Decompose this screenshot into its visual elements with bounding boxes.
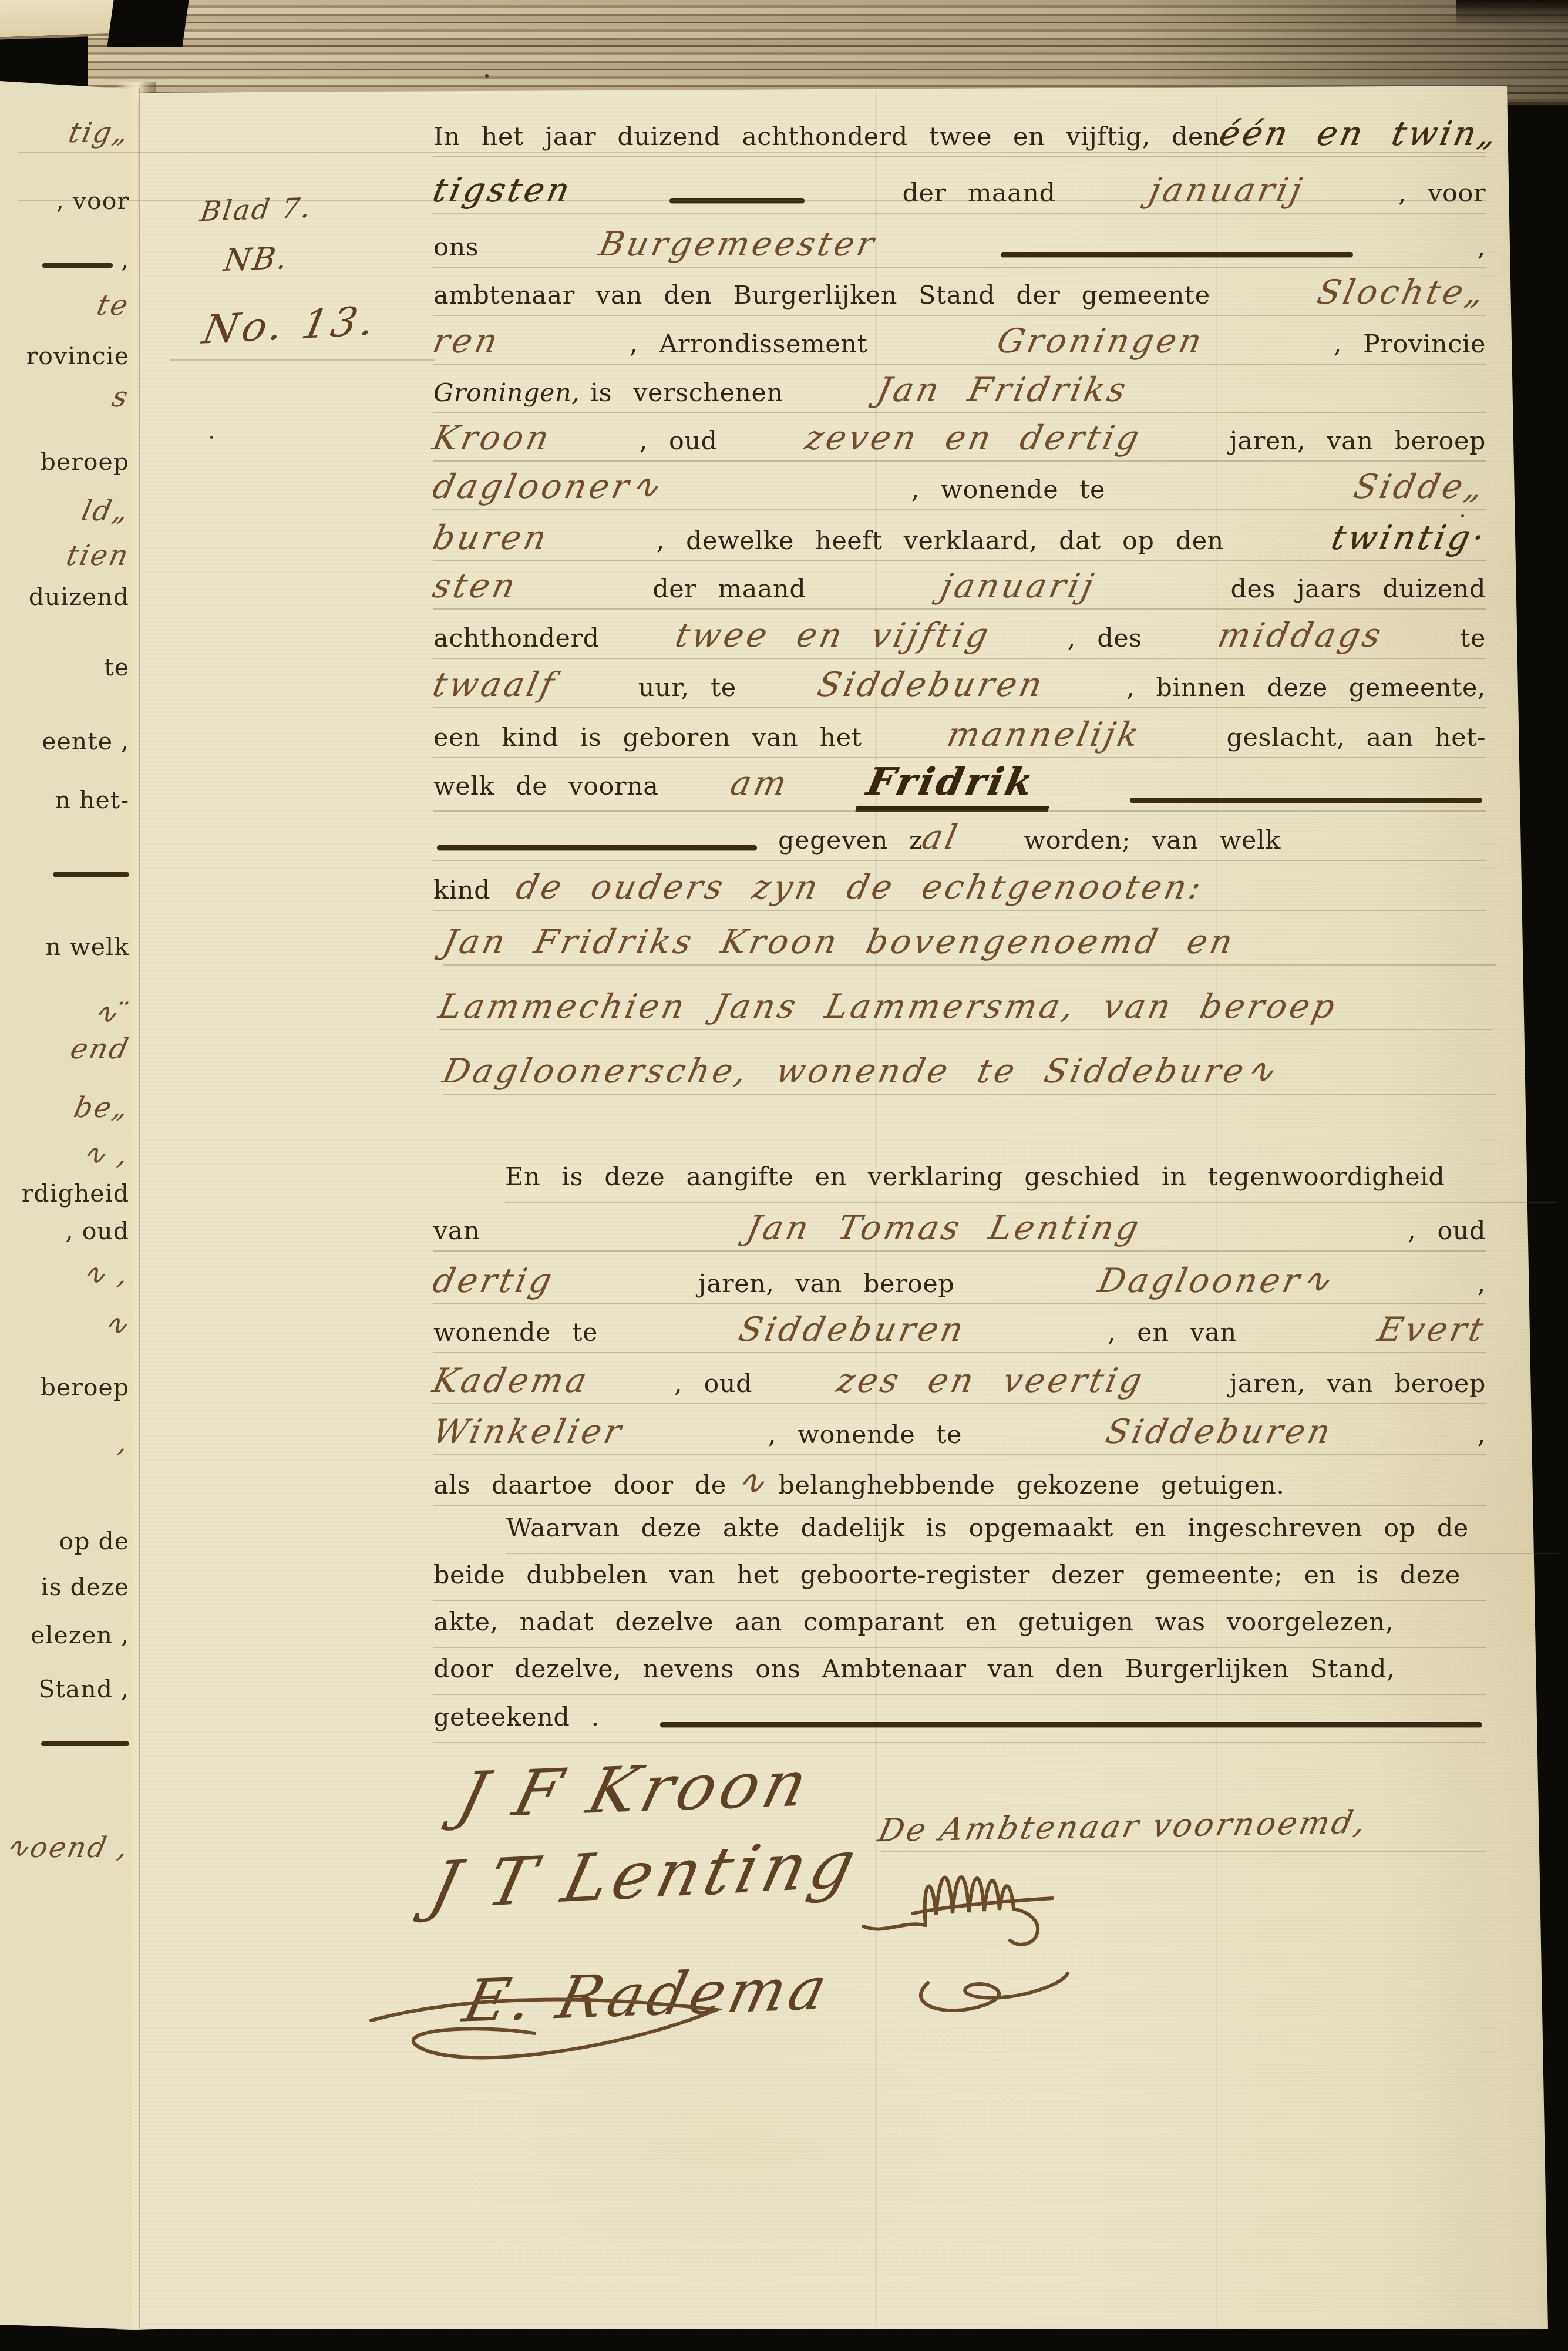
printed-form-text: wonende te	[433, 1314, 598, 1351]
printed-form-text: , binnen deze gemeente,	[1126, 669, 1486, 707]
spacer	[768, 1493, 779, 1494]
handwritten-entry: Burgemeester	[595, 223, 880, 265]
form-ruling-line	[433, 267, 1486, 268]
handwritten-name-underlined: Fridrik	[856, 759, 1060, 812]
form-ruling-line	[433, 1303, 1486, 1304]
printed-form-text: Waarvan deze akte dadelijk is opgemaakt …	[506, 1509, 1469, 1547]
form-ruling-line	[433, 1403, 1486, 1404]
handwritten-entry: Siddeburen	[1102, 1411, 1337, 1453]
form-ruling-line	[433, 460, 1486, 462]
printed-form-text: worden; van welk	[1024, 822, 1280, 859]
printed-form-text: akte, nadat dezelve aan comparant en get…	[433, 1603, 1394, 1641]
printed-form-text: der maand	[652, 570, 806, 608]
handwritten-entry: januarij	[937, 565, 1100, 607]
form-ruling-line	[443, 1094, 1496, 1095]
printed-form-text: , wonende te	[768, 1416, 962, 1454]
ink-speck	[485, 74, 489, 78]
facing-page-line-ending: duizend	[29, 583, 129, 611]
form-ruling-line	[433, 509, 1486, 510]
printed-form-text: belanghebbende gekozene getuigen.	[779, 1467, 1285, 1504]
printed-form-text: der maand	[903, 174, 1056, 212]
facing-page-line-ending: ∿ ̈	[93, 997, 129, 1030]
printed-form-text: , dewelke heeft verklaard, dat op den	[657, 522, 1224, 560]
form-line: achthonderdtwee en vijftig, desmiddagste	[433, 614, 1486, 657]
form-ruling-line	[433, 364, 1486, 365]
printed-form-text: is deze	[41, 1573, 129, 1601]
form-line: wonende teSiddeburen, en vanEvert	[433, 1309, 1486, 1351]
printed-form-text: , des	[1068, 620, 1142, 657]
spacer	[959, 848, 1024, 849]
printed-form-text: ,	[1478, 1416, 1486, 1454]
printed-form-text: een kind is geboren van het	[433, 719, 862, 756]
form-line: een kind is geboren van hetmannelijkgesl…	[433, 714, 1486, 756]
form-ruling-line	[439, 1029, 1492, 1030]
form-line: stender maandjanuarijdes jaars duizend	[433, 565, 1486, 608]
facing-page-line-ending: ld„	[82, 495, 129, 527]
facing-page-line-ending: Stand ,	[38, 1675, 129, 1703]
printed-form-text: ons	[433, 228, 479, 266]
handwritten-entry: buren	[429, 517, 553, 559]
form-line: akte, nadat dezelve aan comparant en get…	[433, 1603, 1394, 1641]
form-line: gegeven zalworden; van welk	[433, 816, 1281, 859]
facing-page-line-ending: tien	[67, 539, 129, 572]
form-line: door dezelve, nevens ons Ambtenaar van d…	[433, 1650, 1395, 1688]
form-line: buren, dewelke heeft verklaard, dat op d…	[433, 517, 1486, 560]
facing-page-line-ending: n het-	[55, 786, 129, 814]
form-ruling-line	[433, 810, 1486, 812]
form-line: Winkelier, wonende teSiddeburen,	[433, 1411, 1486, 1454]
stack-shadow	[1456, 0, 1568, 27]
spacer	[761, 848, 778, 849]
margin-note-nb: NB.	[221, 241, 291, 278]
printed-form-text: beroep	[41, 448, 129, 476]
form-ruling-line	[433, 658, 1486, 659]
facing-page-line-ending: ∿oend ,	[5, 1831, 129, 1864]
form-ruling-line	[433, 315, 1486, 316]
handwritten-entry: ∿	[732, 1461, 772, 1504]
printed-form-text: des jaars duizend	[1231, 570, 1486, 608]
printed-form-text: , voor	[1398, 174, 1486, 212]
printed-form-text: uur, te	[638, 669, 736, 707]
form-ruling-line	[433, 156, 1486, 157]
form-ruling-line	[433, 910, 1486, 911]
printed-form-text: duizend	[29, 583, 129, 611]
printed-form-text: beide dubbelen van het geboorte-register…	[433, 1556, 1461, 1594]
form-ruling-line	[18, 152, 1486, 153]
printed-form-text: welk de voorna	[433, 768, 658, 805]
facing-page-line-ending: be„	[75, 1091, 129, 1124]
handwritten-entry: ren	[429, 320, 504, 362]
handwritten-entry: twintig·	[1327, 517, 1490, 559]
handwritten-entry: Slochte„	[1313, 271, 1490, 314]
handwritten-entry: twaalf	[429, 664, 560, 706]
facing-page-line-ending: elezen ,	[31, 1621, 129, 1649]
handwritten-entry: Groningen	[993, 320, 1208, 362]
facing-page-line-ending: ∿ ,	[82, 1138, 129, 1171]
printed-form-text: geteekend .	[433, 1698, 600, 1736]
printed-form-text: Stand ,	[38, 1675, 129, 1703]
printed-form-text: eente ,	[42, 727, 129, 755]
printed-form-text: , voor	[56, 187, 129, 215]
printed-form-text: jaren, van beroep	[1230, 1365, 1486, 1402]
form-line: Kroon, oudzeven en dertigjaren, van bero…	[433, 417, 1486, 460]
printed-form-text: , Provincie	[1334, 325, 1486, 363]
handwritten-entry: Sidde„	[1350, 466, 1490, 508]
facing-page-line-ending: eente ,	[42, 727, 129, 755]
handwritten-entry: Siddeburen	[735, 1309, 970, 1351]
official-signature	[859, 1832, 1082, 2020]
form-line: Waarvan deze akte dadelijk is opgemaakt …	[506, 1509, 1469, 1547]
printed-form-text: , oud	[640, 422, 718, 460]
handwritten-entry: zeven en dertig	[801, 417, 1145, 459]
handwritten-entry: ld„	[79, 495, 133, 527]
form-line: Kadema, oudzes en veertigjaren, van bero…	[433, 1360, 1486, 1402]
handwritten-entry: ∿ ,	[79, 1258, 133, 1291]
facing-page-line-ending: beroep	[41, 448, 129, 476]
facing-page-line-ending: op de	[59, 1527, 129, 1555]
handwritten-entry: Dagloonersche, wonende te Siddebure∿	[439, 1050, 1281, 1092]
printed-form-text: als daartoe door de	[433, 1467, 726, 1504]
form-line: als daartoe door de∿belanghebbende gekoz…	[433, 1461, 1284, 1504]
handwritten-entry: dertig	[429, 1260, 558, 1302]
facing-page-line-ending	[53, 868, 129, 879]
facing-page-line-ending: te	[97, 289, 129, 322]
printed-form-text: jaren, van beroep	[698, 1265, 954, 1303]
handwritten-entry: middags	[1214, 614, 1388, 657]
ink-rule	[437, 845, 757, 850]
printed-form-text: ,	[1478, 228, 1486, 266]
form-ruling-line	[433, 1352, 1486, 1353]
handwritten-entry: sten	[429, 565, 521, 607]
handwritten-entry: daglooner∿	[429, 466, 667, 508]
facing-page-line-ending: is deze	[41, 1573, 129, 1601]
handwritten-entry: ∿ ̈	[90, 997, 133, 1030]
handwritten-entry: Kadema	[429, 1360, 593, 1402]
facing-page-line-ending: , oud	[66, 1217, 129, 1245]
form-line: geteekend .	[433, 1698, 1486, 1736]
form-line: vanJan Tomas Lenting, oud	[433, 1207, 1486, 1250]
printed-form-text: jaren, van beroep	[1230, 422, 1486, 460]
form-ruling-line	[433, 707, 1486, 708]
facing-page-line-ending: ∿ ,	[82, 1258, 129, 1291]
printed-form-text: n het-	[55, 786, 129, 814]
margin-note-act-number: No. 13.	[199, 298, 382, 353]
page-left-edge	[139, 88, 140, 2329]
printed-form-text: , wonende te	[911, 471, 1105, 509]
facing-page-line-ending: ,	[42, 245, 129, 274]
spacer	[783, 401, 877, 401]
handwritten-entry: tigsten	[429, 169, 576, 211]
facing-page-line-ending: beroep	[41, 1373, 129, 1401]
facing-page-line-ending: n welk	[45, 933, 129, 961]
printed-form-text: elezen ,	[31, 1621, 129, 1649]
handwritten-entry: am	[726, 762, 793, 805]
form-line: Jan Fridriks Kroon bovengenoemd en	[443, 921, 1234, 963]
facing-page-line-ending: s	[113, 381, 129, 413]
handwritten-entry: al	[918, 816, 964, 859]
handwritten-entry: tien	[63, 539, 133, 572]
handwritten-entry: Winkelier	[429, 1411, 628, 1453]
form-ruling-line	[433, 1600, 1486, 1601]
printed-form-text: , en van	[1108, 1314, 1237, 1351]
printed-form-text: rovincie	[26, 342, 129, 370]
handwritten-entry: be„	[71, 1091, 133, 1124]
binding-notch	[107, 0, 189, 47]
form-ruling-line	[433, 608, 1486, 610]
page-corner-wedge	[0, 0, 122, 40]
form-line: ren, ArrondissementGroningen, Provincie	[433, 320, 1486, 363]
ink-rule	[42, 263, 113, 268]
form-ruling-line	[506, 1553, 1559, 1554]
handwritten-entry: twee en vijftig	[672, 614, 995, 657]
form-ruling-line	[433, 1742, 1486, 1743]
printed-form-text: En is deze aangifte en verklaring geschi…	[505, 1158, 1445, 1196]
printed-form-text: , oud	[674, 1365, 752, 1402]
form-ruling-line	[433, 412, 1486, 413]
form-line: onsBurgemeester,	[433, 223, 1486, 266]
form-ruling-line	[18, 200, 1486, 201]
handwritten-entry: tig„	[66, 116, 133, 149]
printed-form-text: geslacht, aan het-	[1227, 719, 1486, 756]
facing-page-line-ending: , voor	[56, 187, 129, 215]
printed-form-text: , oud	[1408, 1212, 1486, 1250]
printed-form-text: beroep	[41, 1373, 129, 1401]
facing-page-line-ending: rovincie	[26, 342, 129, 370]
printed-form-text: kind	[433, 872, 490, 909]
handwritten-entry: Evert	[1374, 1309, 1490, 1351]
facing-page-line-ending	[41, 1737, 129, 1748]
scanned-register-page: Blad 7. NB. No. 13. tig„, voor ,terovinc…	[0, 0, 1568, 2351]
printed-form-text: , Arrondissement	[630, 325, 867, 363]
form-ruling-line	[433, 860, 1486, 861]
form-ruling-line	[433, 757, 1486, 758]
handwritten-entry: Jan Fridriks	[873, 369, 1132, 411]
form-line: daglooner∿, wonende teSidde„	[433, 466, 1486, 509]
facing-page-line-ending: ∿	[104, 1309, 129, 1341]
ink-rule	[660, 1722, 1482, 1727]
form-ruling-line	[170, 359, 435, 361]
printed-form-text: door dezelve, nevens ons Ambtenaar van d…	[433, 1650, 1395, 1688]
form-ruling-line	[433, 1454, 1486, 1455]
form-line: dertigjaren, van beroepDaglooner∿,	[433, 1260, 1486, 1303]
printed-form-text: te	[1460, 620, 1486, 657]
form-line: kindde ouders zyn de echtgenooten:	[433, 866, 1203, 909]
form-ruling-line	[433, 1505, 1486, 1506]
form-line: En is deze aangifte en verklaring geschi…	[505, 1158, 1445, 1196]
handwritten-entry: één en twin„	[1216, 113, 1503, 155]
printed-form-text: achthonderd	[433, 620, 600, 657]
form-ruling-line	[443, 964, 1496, 966]
ink-rule	[1001, 252, 1353, 257]
printed-form-text: van	[433, 1212, 480, 1250]
handwritten-entry: te	[94, 289, 133, 322]
spacer	[580, 401, 590, 401]
ink-rule	[1130, 798, 1482, 803]
handwritten-entry: januarij	[1145, 169, 1308, 211]
signature-jf-kroon: J F Kroon	[450, 1747, 819, 1833]
printed-form-text: gegeven z	[778, 822, 923, 859]
handwritten-entry: ∿ ,	[79, 1138, 133, 1171]
printed-form-text: In het jaar duizend achthonderd twee en …	[433, 118, 1220, 156]
facing-page-line-ending: tig„	[69, 116, 129, 149]
form-ruling-line	[505, 1202, 1557, 1203]
handwritten-entry: Jan Fridriks Kroon bovengenoemd en	[439, 921, 1239, 963]
facing-page-line-ending: end	[71, 1032, 129, 1065]
form-line: Dagloonersche, wonende te Siddebure∿	[443, 1050, 1277, 1092]
margin-note-blad: Blad 7.	[198, 192, 314, 228]
handwritten-entry: Daglooner∿	[1095, 1260, 1338, 1302]
printed-form-text: ambtenaar van den Burgerlijken Stand der…	[433, 277, 1210, 314]
printed-form-text: te	[104, 653, 129, 681]
form-line: ambtenaar van den Burgerlijken Stand der…	[433, 271, 1486, 314]
form-ruling-line	[433, 213, 1486, 214]
handwritten-entry: ∿	[100, 1309, 133, 1341]
printed-form-text: ,	[1478, 1265, 1486, 1303]
radema-signature-flourish	[364, 1997, 775, 2097]
handwritten-entry: ∿oend ,	[2, 1831, 133, 1864]
handwritten-entry: end	[68, 1032, 133, 1065]
handwritten-entry: Lammechien Jans Lammersma, van beroep	[435, 986, 1341, 1028]
facing-page-line-ending: rdigheid	[22, 1179, 129, 1208]
handwritten-entry: Jan Tomas Lenting	[742, 1207, 1145, 1249]
form-line: twaalfuur, teSiddeburen, binnen deze gem…	[433, 664, 1486, 707]
facing-page-line-ending: ,	[119, 1426, 129, 1459]
handwritten-entry: Siddeburen	[814, 664, 1049, 706]
printed-form-text: n welk	[45, 933, 129, 961]
form-line: tigstender maandjanuarij, voor	[433, 169, 1486, 212]
form-ruling-line	[433, 560, 1486, 561]
printed-form-text: Groningen,	[433, 374, 580, 412]
ink-rule	[53, 872, 129, 877]
printed-form-text: op de	[59, 1527, 129, 1555]
form-line: welk de voornaamFridrik	[433, 759, 1486, 812]
form-ruling-line	[433, 1250, 1486, 1252]
form-ruling-line	[433, 1694, 1486, 1695]
printed-form-text: , oud	[66, 1217, 129, 1245]
ink-speck	[210, 436, 213, 439]
form-line: In het jaar duizend achthonderd twee en …	[433, 113, 1486, 156]
printed-form-text: ,	[113, 245, 129, 274]
form-line: beide dubbelen van het geboorte-register…	[433, 1556, 1461, 1594]
printed-form-text: is verschenen	[590, 374, 783, 412]
form-ruling-line	[433, 1647, 1486, 1648]
handwritten-entry: mannelijk	[943, 714, 1145, 756]
printed-form-text: rdigheid	[22, 1179, 129, 1208]
form-line: Groningen,is verschenenJan Fridriks	[433, 369, 1128, 412]
form-line: Lammechien Jans Lammersma, van beroep	[439, 986, 1337, 1028]
spacer	[490, 898, 517, 899]
handwritten-entry: de ouders zyn de echtgenooten:	[512, 866, 1207, 909]
handwritten-entry: Kroon	[429, 417, 555, 459]
handwritten-entry: zes en veertig	[833, 1360, 1149, 1402]
ink-rule	[41, 1741, 129, 1746]
facing-page-line-ending: te	[104, 653, 129, 681]
